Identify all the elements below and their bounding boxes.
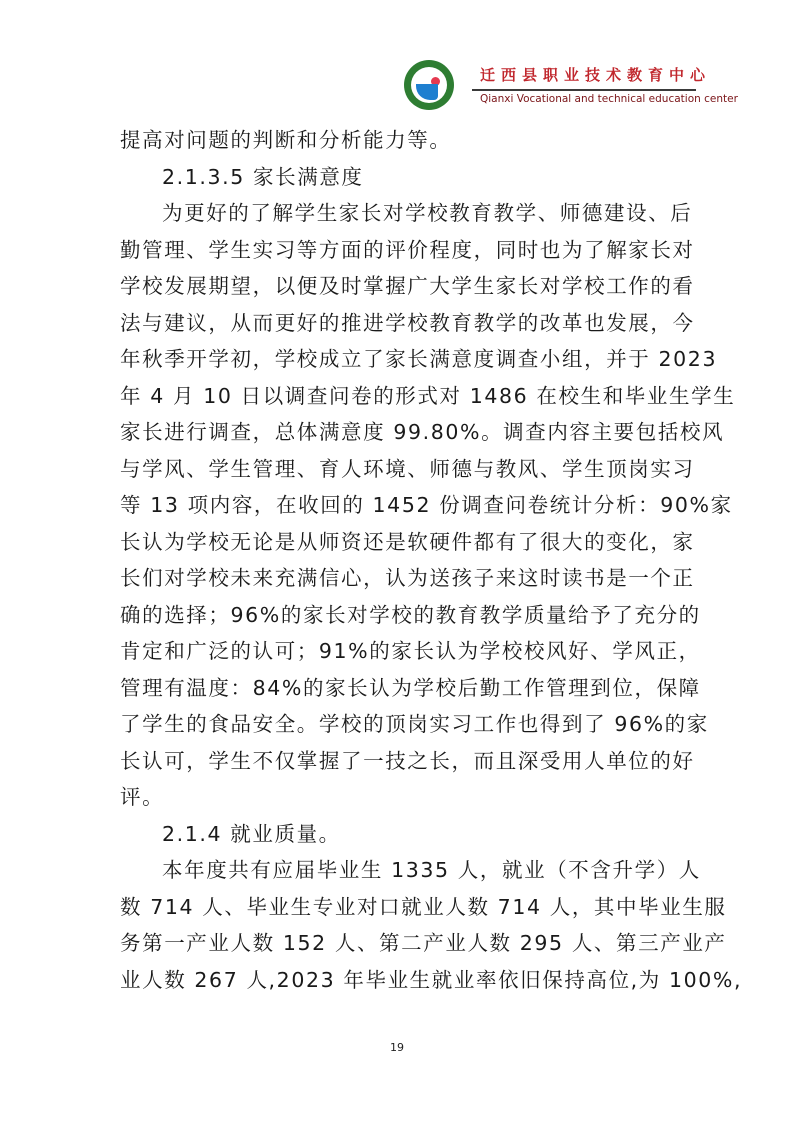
paragraph-line: 年秋季开学初，学校成立了家长满意度调查小组，并于 2023 <box>120 341 680 378</box>
paragraph-line: 等 13 项内容，在收回的 1452 份调查问卷统计分析：90%家 <box>120 487 680 524</box>
paragraph-line: 长认为学校无论是从师资还是软硬件都有了很大的变化，家 <box>120 524 680 561</box>
paragraph-line: 法与建议，从而更好的推进学校教育教学的改革也发展，今 <box>120 305 680 342</box>
paragraph-line: 与学风、学生管理、育人环境、师德与教风、学生顶岗实习 <box>120 451 680 488</box>
paragraph-line: 了学生的食品安全。学校的顶岗实习工作也得到了 96%的家 <box>120 706 680 743</box>
paragraph-line: 长认可，学生不仅掌握了一技之长，而且深受用人单位的好 <box>120 743 680 780</box>
paragraph-line: 勤管理、学生实习等方面的评价程度，同时也为了解家长对 <box>120 232 680 269</box>
paragraph-line: 提高对问题的判断和分析能力等。 <box>120 122 680 159</box>
page-number: 19 <box>0 1041 794 1054</box>
org-name-cn: 迁西县职业技术教育中心 <box>480 64 711 85</box>
paragraph-line: 业人数 267 人,2023 年毕业生就业率依旧保持高位,为 100%, <box>120 962 680 999</box>
paragraph-line: 年 4 月 10 日以调查问卷的形式对 1486 在校生和毕业生学生 <box>120 378 680 415</box>
document-body: 提高对问题的判断和分析能力等。 2.1.3.5 家长满意度 为更好的了解学生家长… <box>120 122 680 998</box>
paragraph-line: 数 714 人、毕业生专业对口就业人数 714 人，其中毕业生服 <box>120 889 680 926</box>
paragraph-line: 长们对学校未来充满信心，认为送孩子来这时读书是一个正 <box>120 560 680 597</box>
paragraph-line: 评。 <box>120 779 680 816</box>
page-header: 迁西县职业技术教育中心 Qianxi Vocational and techni… <box>404 58 696 116</box>
paragraph-line: 为更好的了解学生家长对学校教育教学、师德建设、后 <box>120 195 680 232</box>
paragraph-line: 家长进行调查，总体满意度 99.80%。调查内容主要包括校风 <box>120 414 680 451</box>
header-divider <box>472 89 696 91</box>
section-heading-parent-satisfaction: 2.1.3.5 家长满意度 <box>120 159 680 196</box>
paragraph-line: 管理有温度：84%的家长认为学校后勤工作管理到位，保障 <box>120 670 680 707</box>
paragraph-line: 学校发展期望，以便及时掌握广大学生家长对学校工作的看 <box>120 268 680 305</box>
school-logo-icon <box>404 60 454 110</box>
paragraph-line: 本年度共有应届毕业生 1335 人，就业（不含升学）人 <box>120 852 680 889</box>
paragraph-line: 确的选择；96%的家长对学校的教育教学质量给予了充分的 <box>120 597 680 634</box>
paragraph-line: 肯定和广泛的认可；91%的家长认为学校校风好、学风正， <box>120 633 680 670</box>
org-name-en: Qianxi Vocational and technical educatio… <box>480 93 738 105</box>
section-heading-employment-quality: 2.1.4 就业质量。 <box>120 816 680 853</box>
paragraph-line: 务第一产业人数 152 人、第二产业人数 295 人、第三产业产 <box>120 925 680 962</box>
